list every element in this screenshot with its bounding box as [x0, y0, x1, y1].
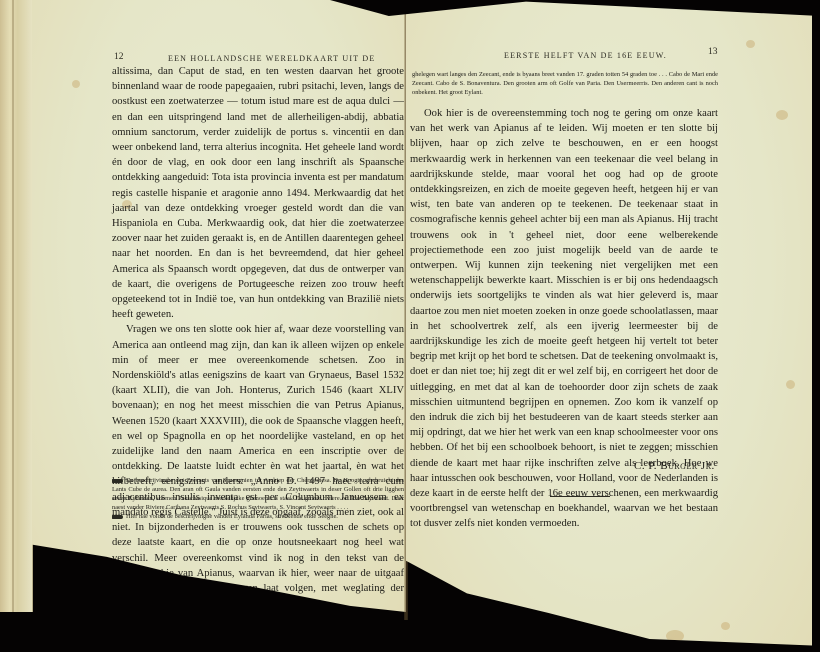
left-page: 12 Een Hollandsche Wereldkaart uit de al… [32, 0, 406, 612]
running-head: Een Hollandsche Wereldkaart uit de [168, 54, 375, 63]
foxing-spot [162, 585, 170, 592]
running-head: eerste helft van de 16e eeuw. [504, 51, 667, 60]
end-rule [550, 496, 610, 497]
footnote: ghelegen wart langes den Zeecant, ende i… [412, 70, 718, 97]
paragraph: Vragen we ons ten slotte ook hier af, wa… [112, 322, 404, 611]
footnote: Hier nae volcht de beschrijvinghe vanden… [126, 513, 338, 520]
paragraph: altissima, dan Caput de stad, en ten wes… [112, 64, 404, 322]
foxing-spot [721, 622, 730, 630]
book-spread: 12 Een Hollandsche Wereldkaart uit de al… [0, 0, 820, 652]
page-number: 13 [708, 47, 718, 57]
foxing-spot [666, 630, 684, 642]
right-page: eerste helft van de 16e eeuw. 13 ghelege… [406, 0, 812, 652]
pointing-hand-icon [112, 515, 123, 519]
footnote-continuation: ghelegen wart langes den Zeecant, ende i… [412, 70, 718, 97]
footnote: De beschrijvinghe des Zeecants van Spaen… [112, 477, 404, 511]
pointing-hand-icon [112, 479, 123, 483]
foxing-spot [746, 40, 755, 48]
book-fore-edge [0, 0, 33, 612]
page-number: 12 [114, 52, 124, 62]
footnotes: De beschrijvinghe des Zeecants van Spaen… [112, 476, 404, 521]
foxing-spot [72, 80, 80, 88]
foxing-spot [137, 575, 151, 585]
foxing-spot [776, 110, 788, 120]
scan-border [812, 0, 820, 652]
body-text: altissima, dan Caput de stad, en ten wes… [112, 64, 404, 611]
author-signature: C. P. Burger Jr. [634, 460, 715, 472]
foxing-spot [786, 380, 795, 389]
